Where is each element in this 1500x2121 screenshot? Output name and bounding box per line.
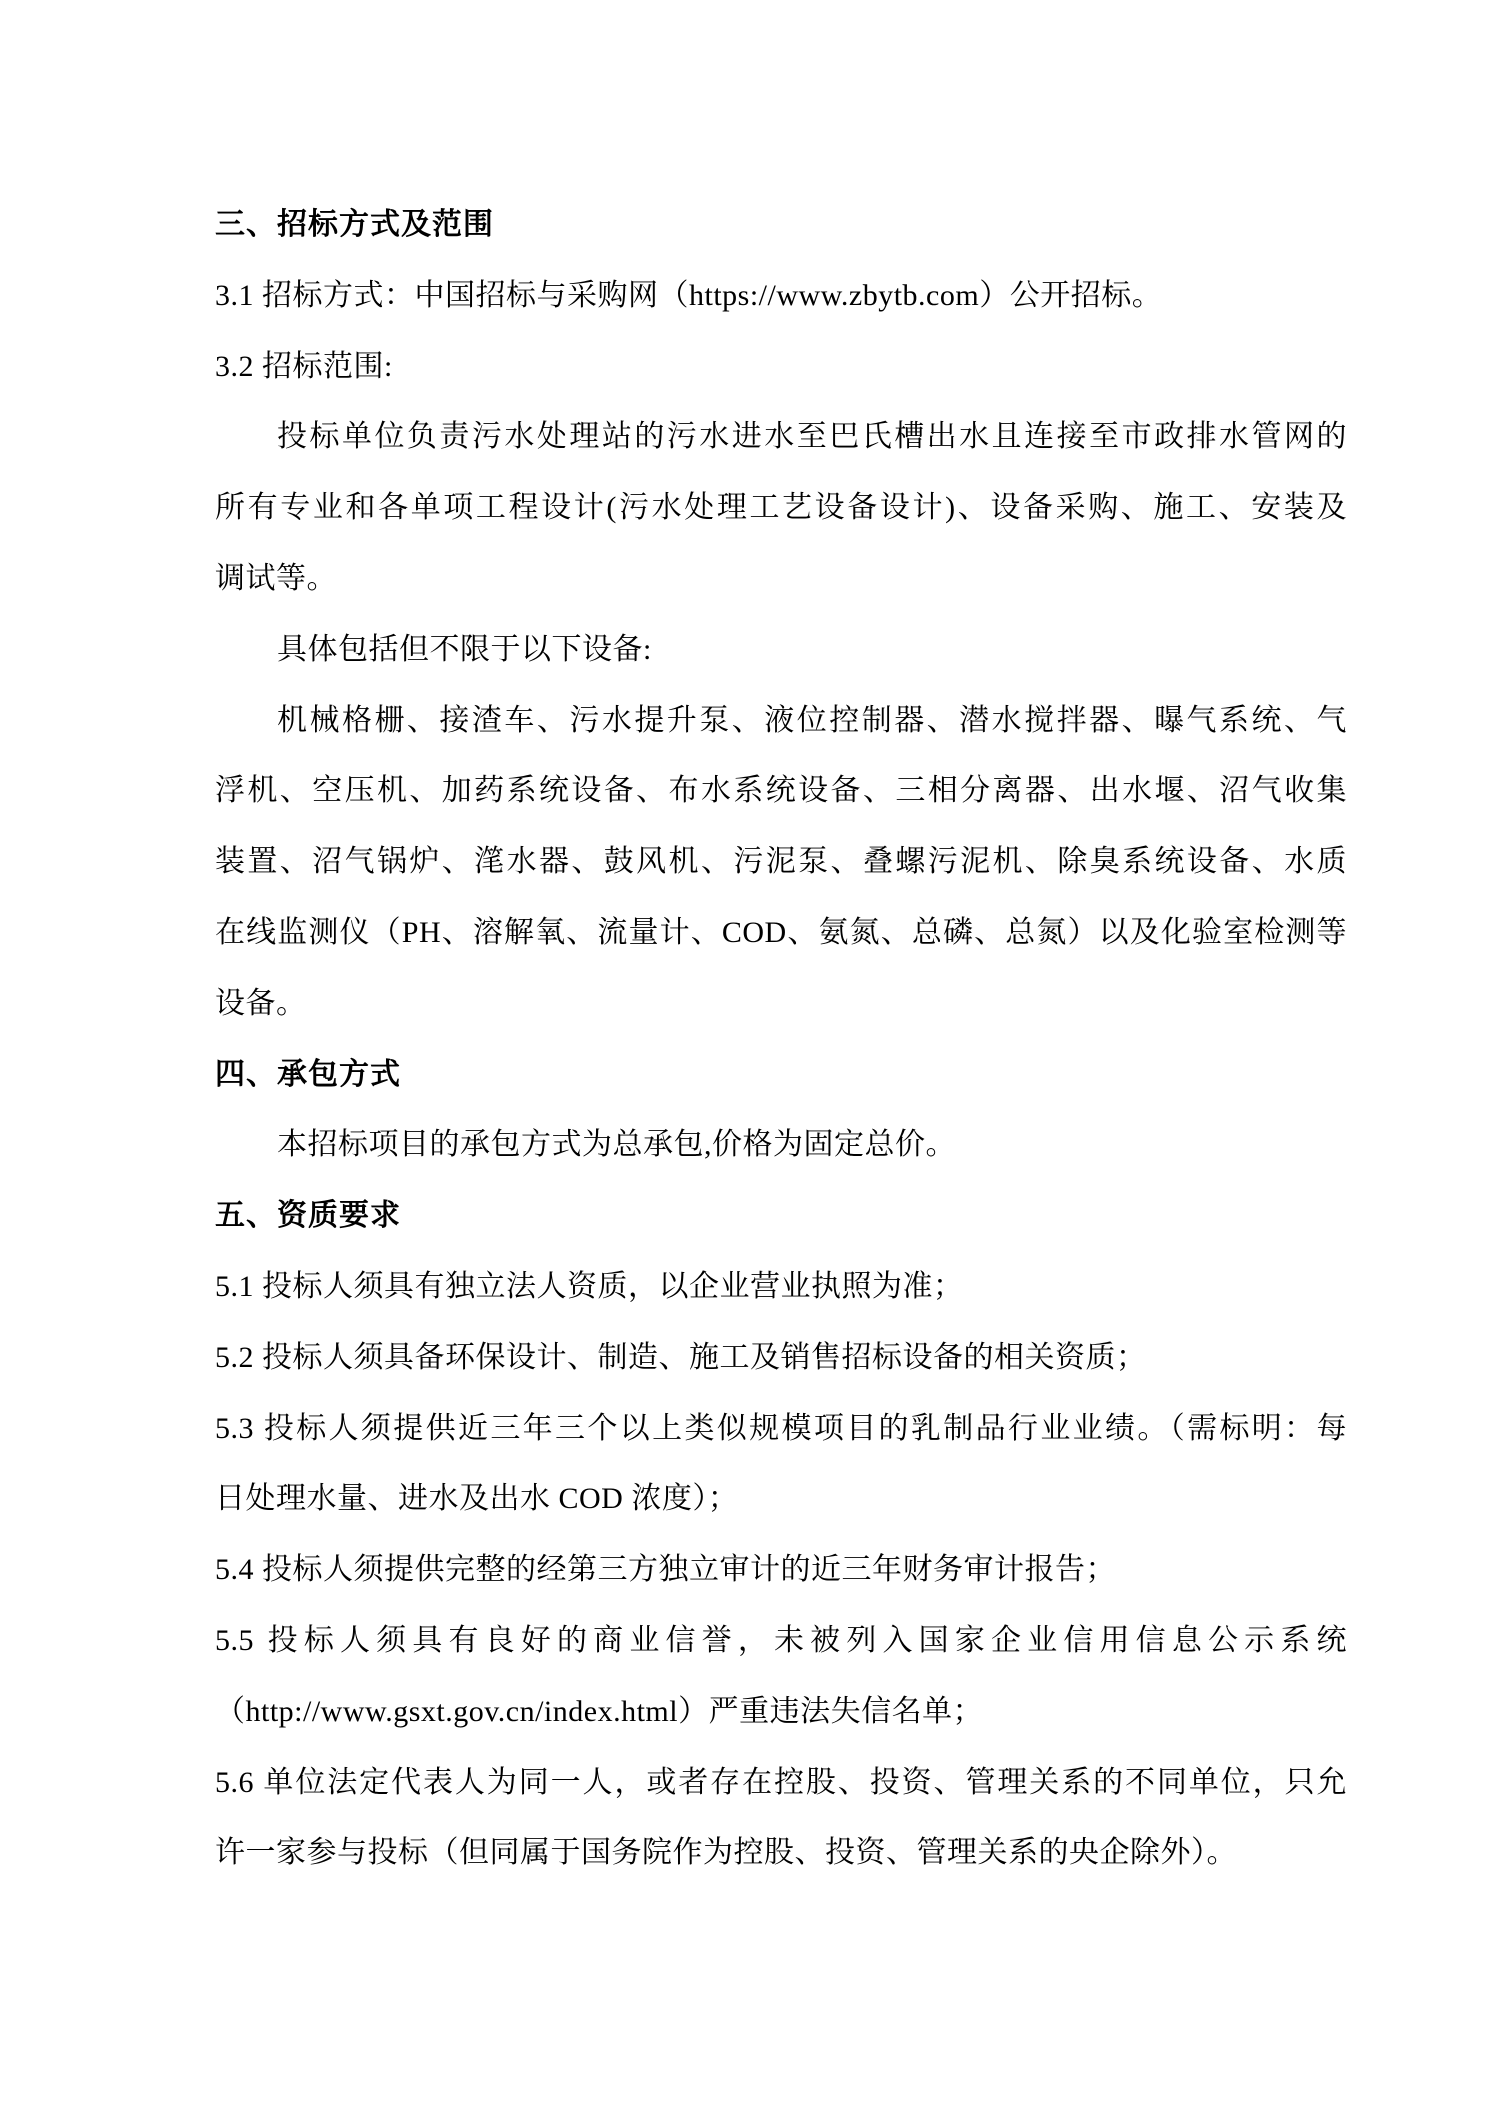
document-line: 5.5 投标人须具有良好的商业信誉，未被列入国家企业信用信息公示系统 (215, 1606, 1347, 1677)
document-line: 机械格栅、接渣车、污水提升泵、液位控制器、潜水搅拌器、曝气系统、气 (215, 686, 1347, 757)
document-line: 5.1 投标人须具有独立法人资质，以企业营业执照为准； (215, 1252, 1347, 1323)
document-text-block: 三、招标方式及范围3.1 招标方式：中国招标与采购网（https://www.z… (215, 190, 1347, 1889)
document-line: 具体包括但不限于以下设备: (215, 615, 1347, 686)
document-line: 许一家参与投标（但同属于国务院作为控股、投资、管理关系的央企除外）。 (215, 1818, 1347, 1889)
document-line: 5.4 投标人须提供完整的经第三方独立审计的近三年财务审计报告； (215, 1535, 1347, 1606)
document-line: 在线监测仪（PH、溶解氧、流量计、COD、氨氮、总磷、总氮）以及化验室检测等 (215, 898, 1347, 969)
section-heading: 五、资质要求 (215, 1181, 1347, 1252)
section-heading: 三、招标方式及范围 (215, 190, 1347, 261)
document-line: 装置、沼气锅炉、滗水器、鼓风机、污泥泵、叠螺污泥机、除臭系统设备、水质 (215, 827, 1347, 898)
document-line: 5.6 单位法定代表人为同一人，或者存在控股、投资、管理关系的不同单位，只允 (215, 1748, 1347, 1819)
document-line: （http://www.gsxt.gov.cn/index.html）严重违法失… (215, 1677, 1347, 1748)
document-line: 3.2 招标范围: (215, 332, 1347, 403)
document-line: 日处理水量、进水及出水 COD 浓度）； (215, 1464, 1347, 1535)
document-line: 设备。 (215, 969, 1347, 1040)
section-heading: 四、承包方式 (215, 1040, 1347, 1111)
document-line: 浮机、空压机、加药系统设备、布水系统设备、三相分离器、出水堰、沼气收集 (215, 756, 1347, 827)
document-page: 三、招标方式及范围3.1 招标方式：中国招标与采购网（https://www.z… (0, 0, 1500, 2121)
document-line: 本招标项目的承包方式为总承包,价格为固定总价。 (215, 1110, 1347, 1181)
document-line: 投标单位负责污水处理站的污水进水至巴氏槽出水且连接至市政排水管网的 (215, 402, 1347, 473)
document-line: 5.3 投标人须提供近三年三个以上类似规模项目的乳制品行业业绩。（需标明：每 (215, 1394, 1347, 1465)
document-line: 5.2 投标人须具备环保设计、制造、施工及销售招标设备的相关资质； (215, 1323, 1347, 1394)
document-line: 3.1 招标方式：中国招标与采购网（https://www.zbytb.com）… (215, 261, 1347, 332)
document-line: 调试等。 (215, 544, 1347, 615)
document-line: 所有专业和各单项工程设计(污水处理工艺设备设计)、设备采购、施工、安装及 (215, 473, 1347, 544)
